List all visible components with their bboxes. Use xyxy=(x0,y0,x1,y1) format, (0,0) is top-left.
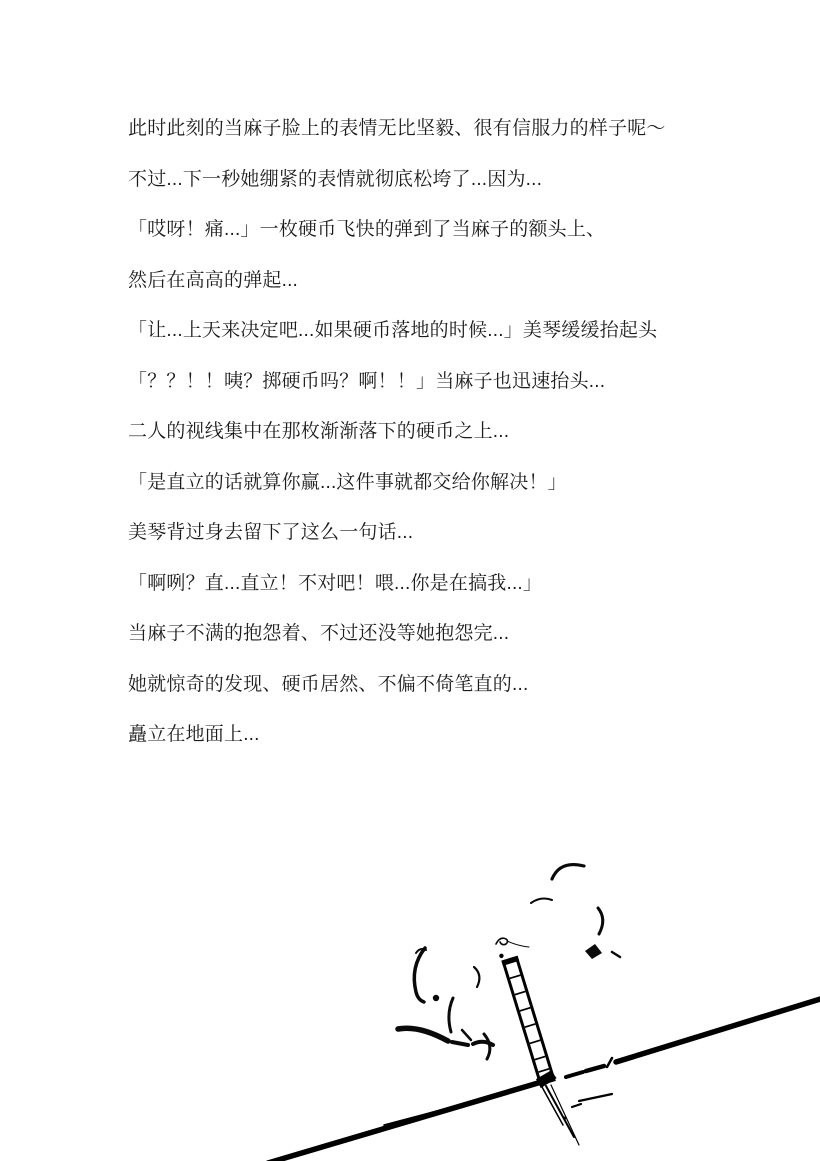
impact-lines-icon xyxy=(542,1085,612,1145)
coin-edge-icon xyxy=(498,949,558,1089)
coin-standing-illustration xyxy=(0,0,820,1161)
document-page: 此时此刻的当麻子脸上的表情无比坚毅、很有信服力的样子呢～ 不过...下一秒她绷紧… xyxy=(0,0,820,1161)
